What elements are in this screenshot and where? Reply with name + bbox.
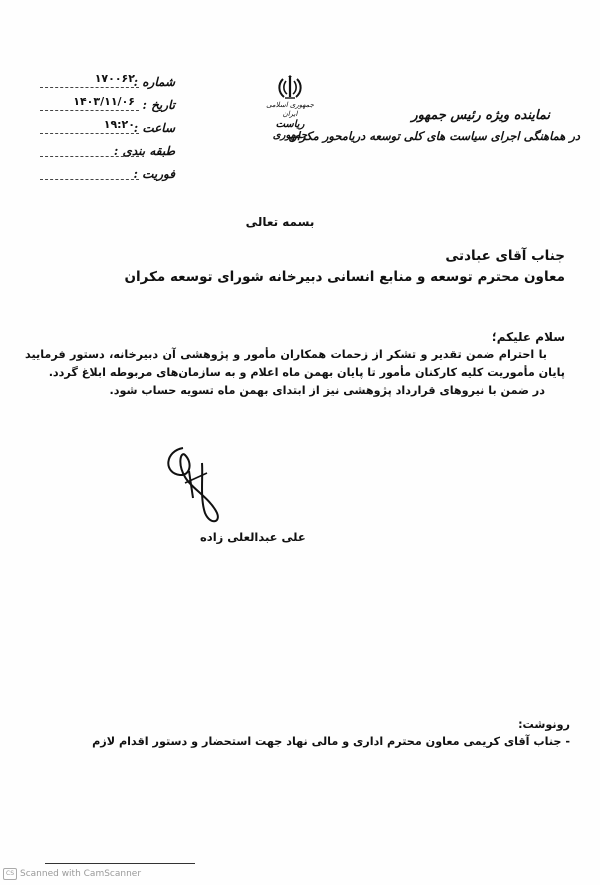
- camscanner-watermark: CS Scanned with CamScanner: [3, 868, 141, 880]
- meta-line: [40, 133, 139, 134]
- meta-line: [40, 179, 139, 180]
- meta-line: [40, 87, 139, 88]
- meta-time: ساعت : ۱۹:۲۰: [40, 114, 175, 137]
- iran-emblem-icon: [277, 75, 303, 101]
- cc-item: - جناب آقای کریمی معاون محترم اداری و ما…: [92, 735, 570, 748]
- cc-title: رونوشت:: [92, 718, 570, 731]
- meta-urgency: فوریت :: [40, 160, 175, 183]
- meta-value: ۱۷۰۰۶۲: [95, 72, 135, 85]
- watermark-text: Scanned with CamScanner: [20, 869, 141, 879]
- greeting: سلام علیکم؛: [25, 328, 565, 346]
- body-paragraph-2: در ضمن با نیروهای قرارداد پژوهشی نیز از …: [25, 382, 565, 400]
- meta-number: شماره : ۱۷۰۰۶۲: [40, 68, 175, 91]
- letter-body: سلام علیکم؛ با احترام ضمن تقدیر و تشکر ا…: [25, 328, 565, 400]
- signature-icon: [155, 443, 265, 528]
- sender-title: نماینده ویژه رئیس جمهور: [288, 108, 550, 123]
- footer-divider: [45, 863, 195, 864]
- letter-meta: شماره : ۱۷۰۰۶۲ تاریخ : ۱۴۰۳/۱۱/۰۶ ساعت :…: [40, 68, 175, 183]
- bismillah: بسمه تعالی: [230, 215, 330, 229]
- meta-date: تاریخ : ۱۴۰۳/۱۱/۰۶: [40, 91, 175, 114]
- meta-value: ۱۹:۲۰: [104, 118, 135, 131]
- meta-line: [40, 156, 139, 157]
- meta-label: تاریخ :: [143, 98, 175, 112]
- meta-classification: طبقه بندی :: [40, 137, 175, 160]
- sender-subtitle: در هماهنگی اجرای سیاست های کلی توسعه دری…: [288, 129, 580, 143]
- meta-label: فوریت :: [134, 167, 175, 181]
- letter-page: شماره : ۱۷۰۰۶۲ تاریخ : ۱۴۰۳/۱۱/۰۶ ساعت :…: [0, 0, 600, 885]
- signer-name: علی عبدالعلی زاده: [200, 530, 306, 544]
- camscanner-logo-icon: CS: [3, 868, 17, 880]
- cc-section: رونوشت: - جناب آقای کریمی معاون محترم اد…: [92, 718, 570, 748]
- meta-label: ساعت :: [134, 121, 175, 135]
- addressee-position: معاون محترم توسعه و منابع انسانی دبیرخان…: [125, 269, 565, 285]
- meta-line: [40, 110, 139, 111]
- meta-label: شماره :: [134, 75, 175, 89]
- addressee: جناب آقای عبادتی معاون محترم توسعه و منا…: [125, 248, 565, 285]
- meta-value: ۱۴۰۳/۱۱/۰۶: [73, 95, 135, 108]
- sender-header: نماینده ویژه رئیس جمهور در هماهنگی اجرای…: [288, 108, 580, 143]
- body-paragraph-1: با احترام ضمن تقدیر و تشکر از زحمات همکا…: [25, 346, 565, 382]
- addressee-name: جناب آقای عبادتی: [125, 248, 565, 264]
